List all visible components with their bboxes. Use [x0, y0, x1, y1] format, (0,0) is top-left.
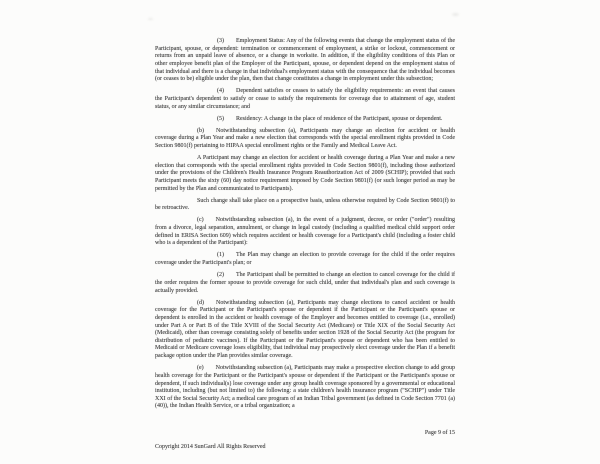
clause-paragraph: A Participant may change an election for…: [155, 155, 455, 193]
clause-paragraph: (4)Dependent satisfies or ceases to sati…: [155, 88, 455, 111]
clause-text: Employment Status: Any of the following …: [155, 38, 455, 82]
clause-paragraph: (b)Notwithstanding subsection (a), Parti…: [155, 128, 455, 151]
clause-paragraph: (e)Notwithstanding subsection (a), Parti…: [155, 365, 455, 411]
clause-paragraph: (5)Residency: A change in the place of r…: [155, 116, 455, 124]
clause-paragraph: (c)Notwithstanding subsection (a), in th…: [155, 217, 455, 248]
document-page: (3)Employment Status: Any of the followi…: [0, 0, 600, 464]
clause-paragraph: Such change shall take place on a prospe…: [155, 198, 455, 213]
clause-text: Such change shall take place on a prospe…: [155, 198, 455, 212]
clause-label: (e): [197, 365, 204, 373]
clause-paragraph: (3)Employment Status: Any of the followi…: [155, 38, 455, 84]
clause-paragraph: (2)The Participant shall be permitted to…: [155, 272, 455, 295]
clause-text: Notwithstanding subsection (a), Particip…: [155, 300, 455, 360]
clause-text: A Participant may change an election for…: [155, 155, 455, 192]
scan-artifact: [452, 13, 459, 16]
clause-label: (3): [217, 38, 224, 46]
clause-text: The Participant shall be permitted to ch…: [155, 272, 455, 293]
document-body: (3)Employment Status: Any of the followi…: [155, 38, 455, 416]
clause-text: Dependent satisfies or ceases to satisfy…: [155, 88, 455, 109]
clause-label: (4): [217, 88, 224, 96]
clause-paragraph: (1)The Plan may change an election to pr…: [155, 252, 455, 267]
clause-label: (5): [217, 116, 224, 124]
copyright-notice: Copyright 2014 SunGard All Rights Reserv…: [155, 444, 266, 450]
clause-text: The Plan may change an election to provi…: [155, 252, 455, 266]
page-indicator: Page 9 of 15: [155, 430, 455, 436]
clause-label: (c): [197, 217, 204, 225]
clause-label: (2): [217, 272, 224, 280]
clause-label: (1): [217, 252, 224, 260]
clause-text: Residency: A change in the place of resi…: [236, 116, 442, 122]
scan-artifact: [148, 18, 153, 20]
clause-paragraph: (d)Notwithstanding subsection (a), Parti…: [155, 300, 455, 361]
